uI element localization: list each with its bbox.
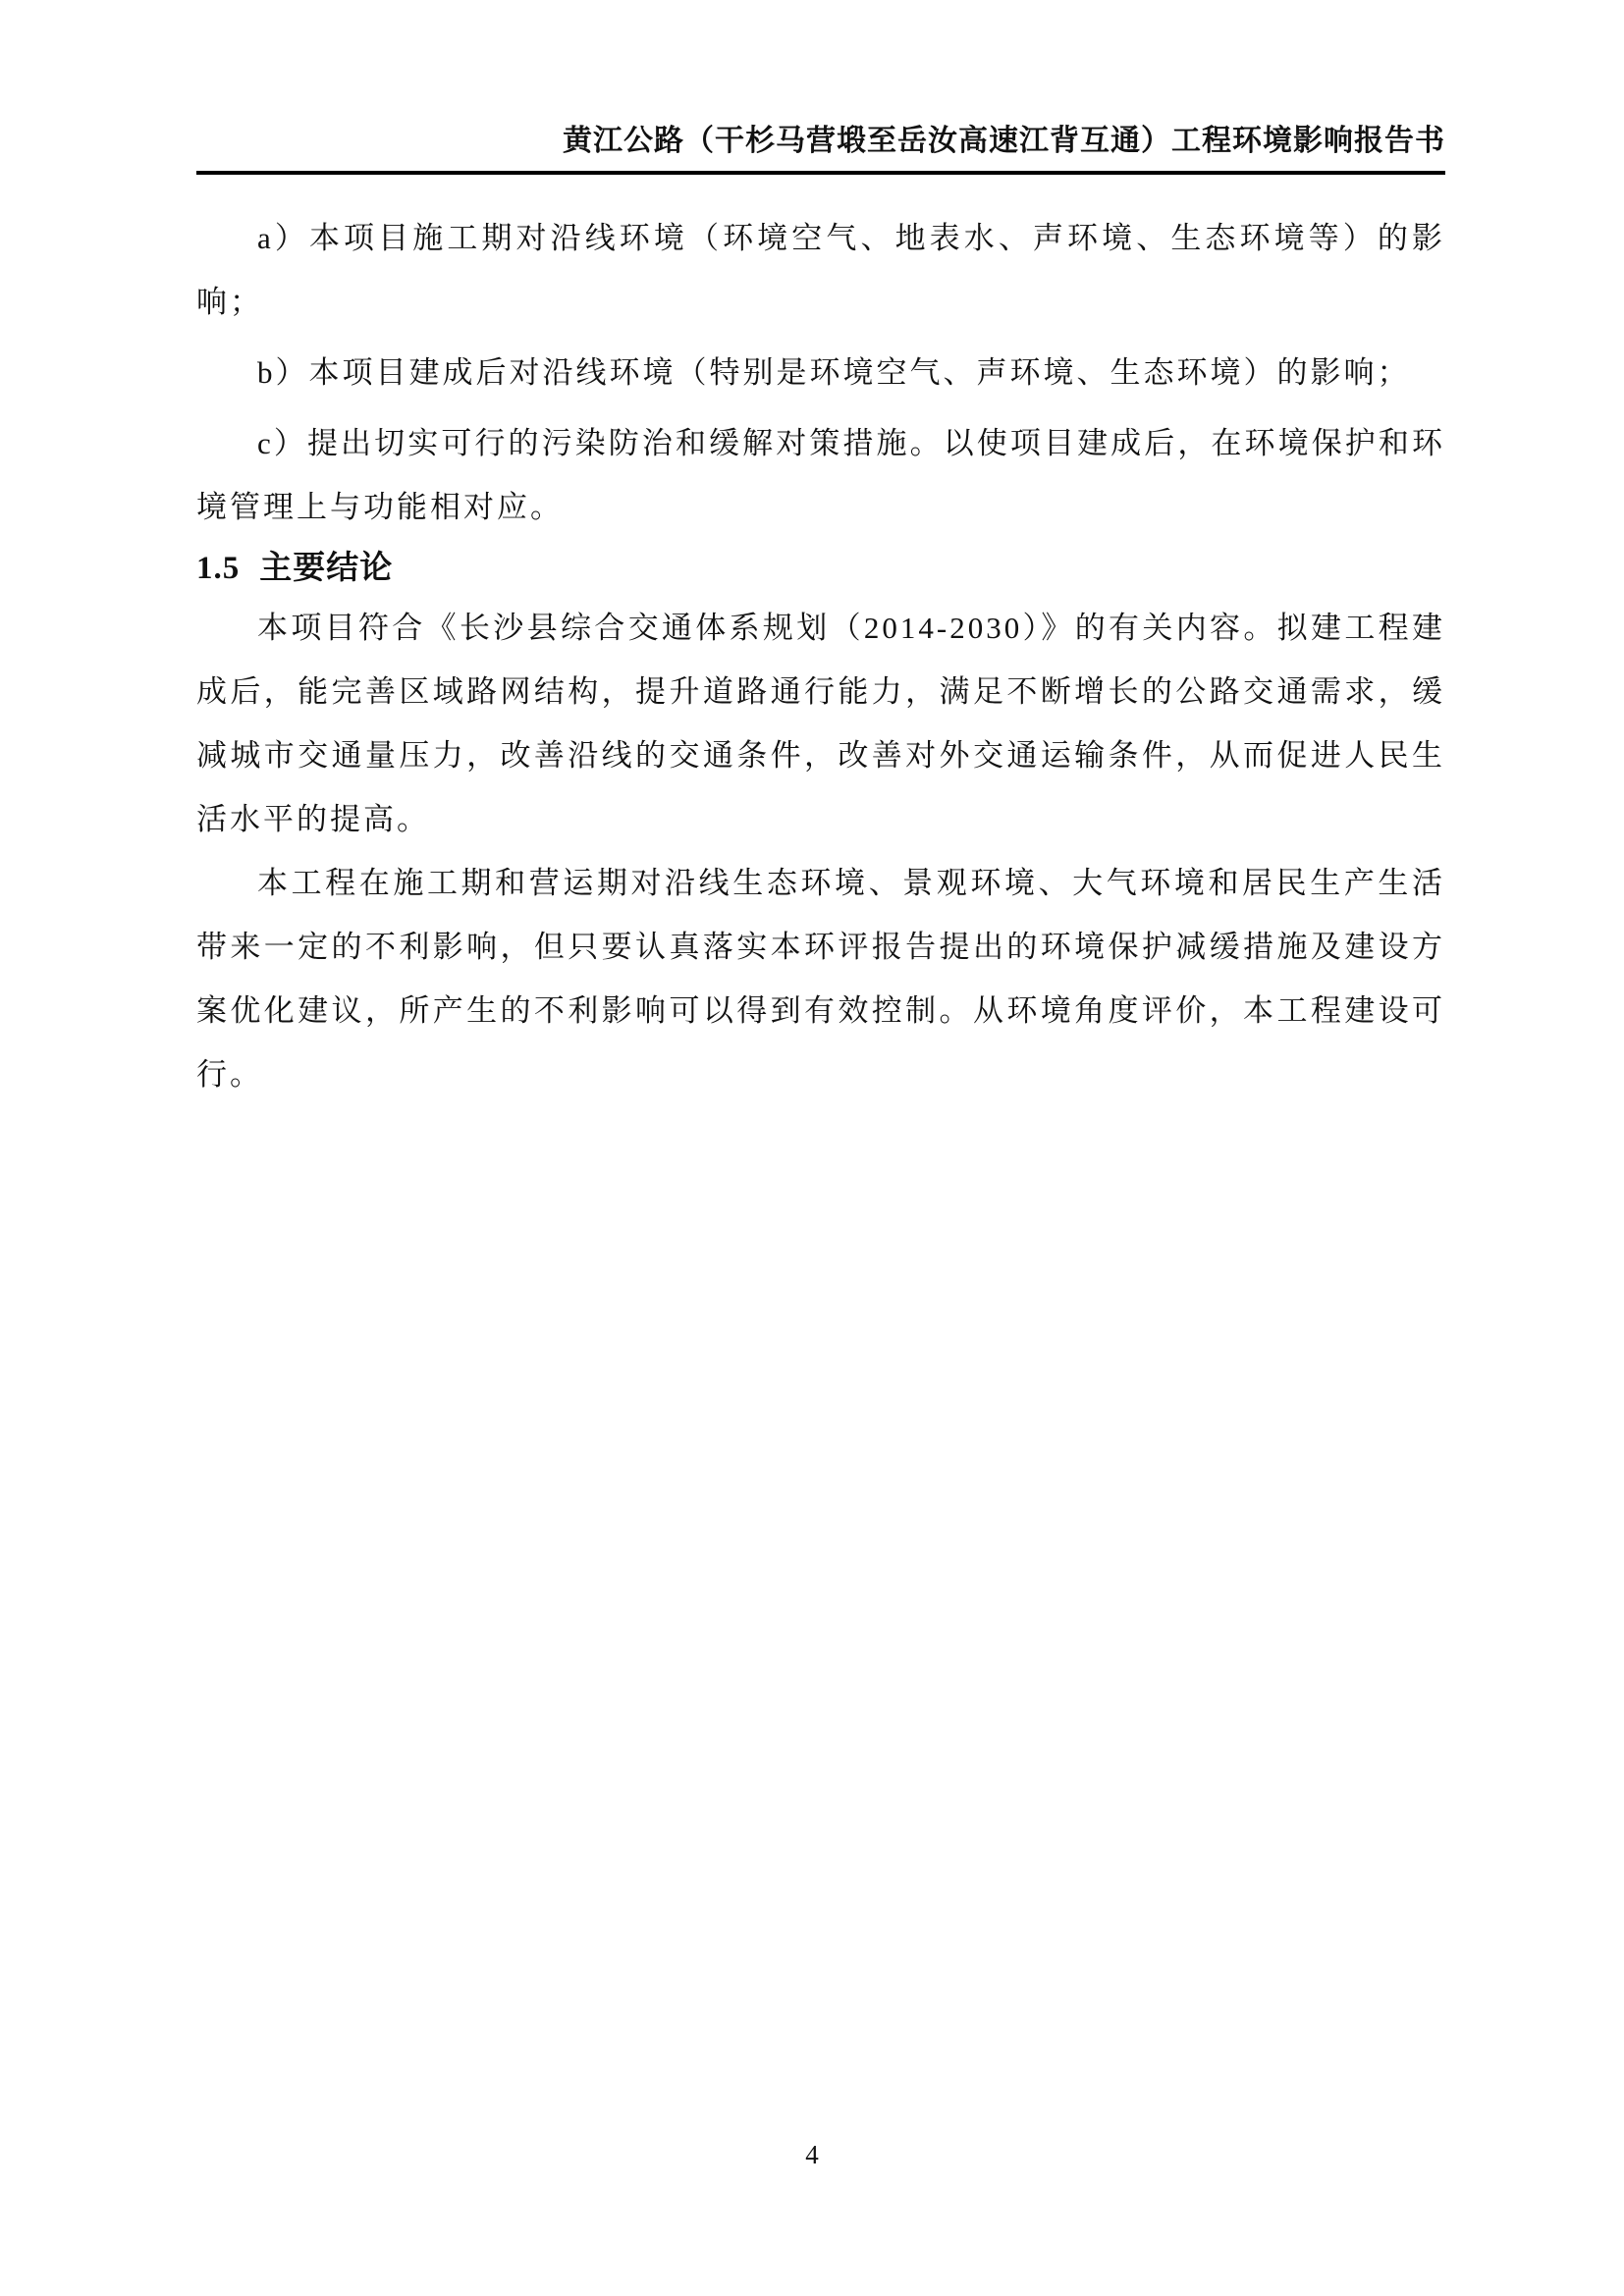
running-header: 黄江公路（干杉马营塅至岳汝高速江背互通）工程环境影响报告书 xyxy=(196,0,1445,175)
section-title: 主要结论 xyxy=(259,551,393,586)
section-number: 1.5 xyxy=(196,551,240,586)
page-footer: 4 xyxy=(0,2140,1624,2170)
list-item-c: c）提出切实可行的污染防治和缓解对策措施。以使项目建成后，在环境保护和环境管理上… xyxy=(196,411,1445,539)
document-page: 黄江公路（干杉马营塅至岳汝高速江背互通）工程环境影响报告书 a）本项目施工期对沿… xyxy=(0,0,1624,2296)
body-paragraph: 本工程在施工期和营运期对沿线生态环境、景观环境、大气环境和居民生产生活带来一定的… xyxy=(196,851,1445,1106)
list-item-a: a）本项目施工期对沿线环境（环境空气、地表水、声环境、生态环境等）的影响； xyxy=(196,206,1445,334)
list-item-b: b）本项目建成后对沿线环境（特别是环境空气、声环境、生态环境）的影响； xyxy=(196,341,1445,404)
document-body: a）本项目施工期对沿线环境（环境空气、地表水、声环境、生态环境等）的影响； b）… xyxy=(196,206,1445,1106)
body-paragraph: 本项目符合《长沙县综合交通体系规划（2014-2030）》的有关内容。拟建工程建… xyxy=(196,596,1445,851)
running-header-title: 黄江公路（干杉马营塅至岳汝高速江背互通）工程环境影响报告书 xyxy=(563,125,1445,157)
section-heading: 1.5主要结论 xyxy=(196,546,1445,591)
page-number: 4 xyxy=(805,2140,819,2169)
